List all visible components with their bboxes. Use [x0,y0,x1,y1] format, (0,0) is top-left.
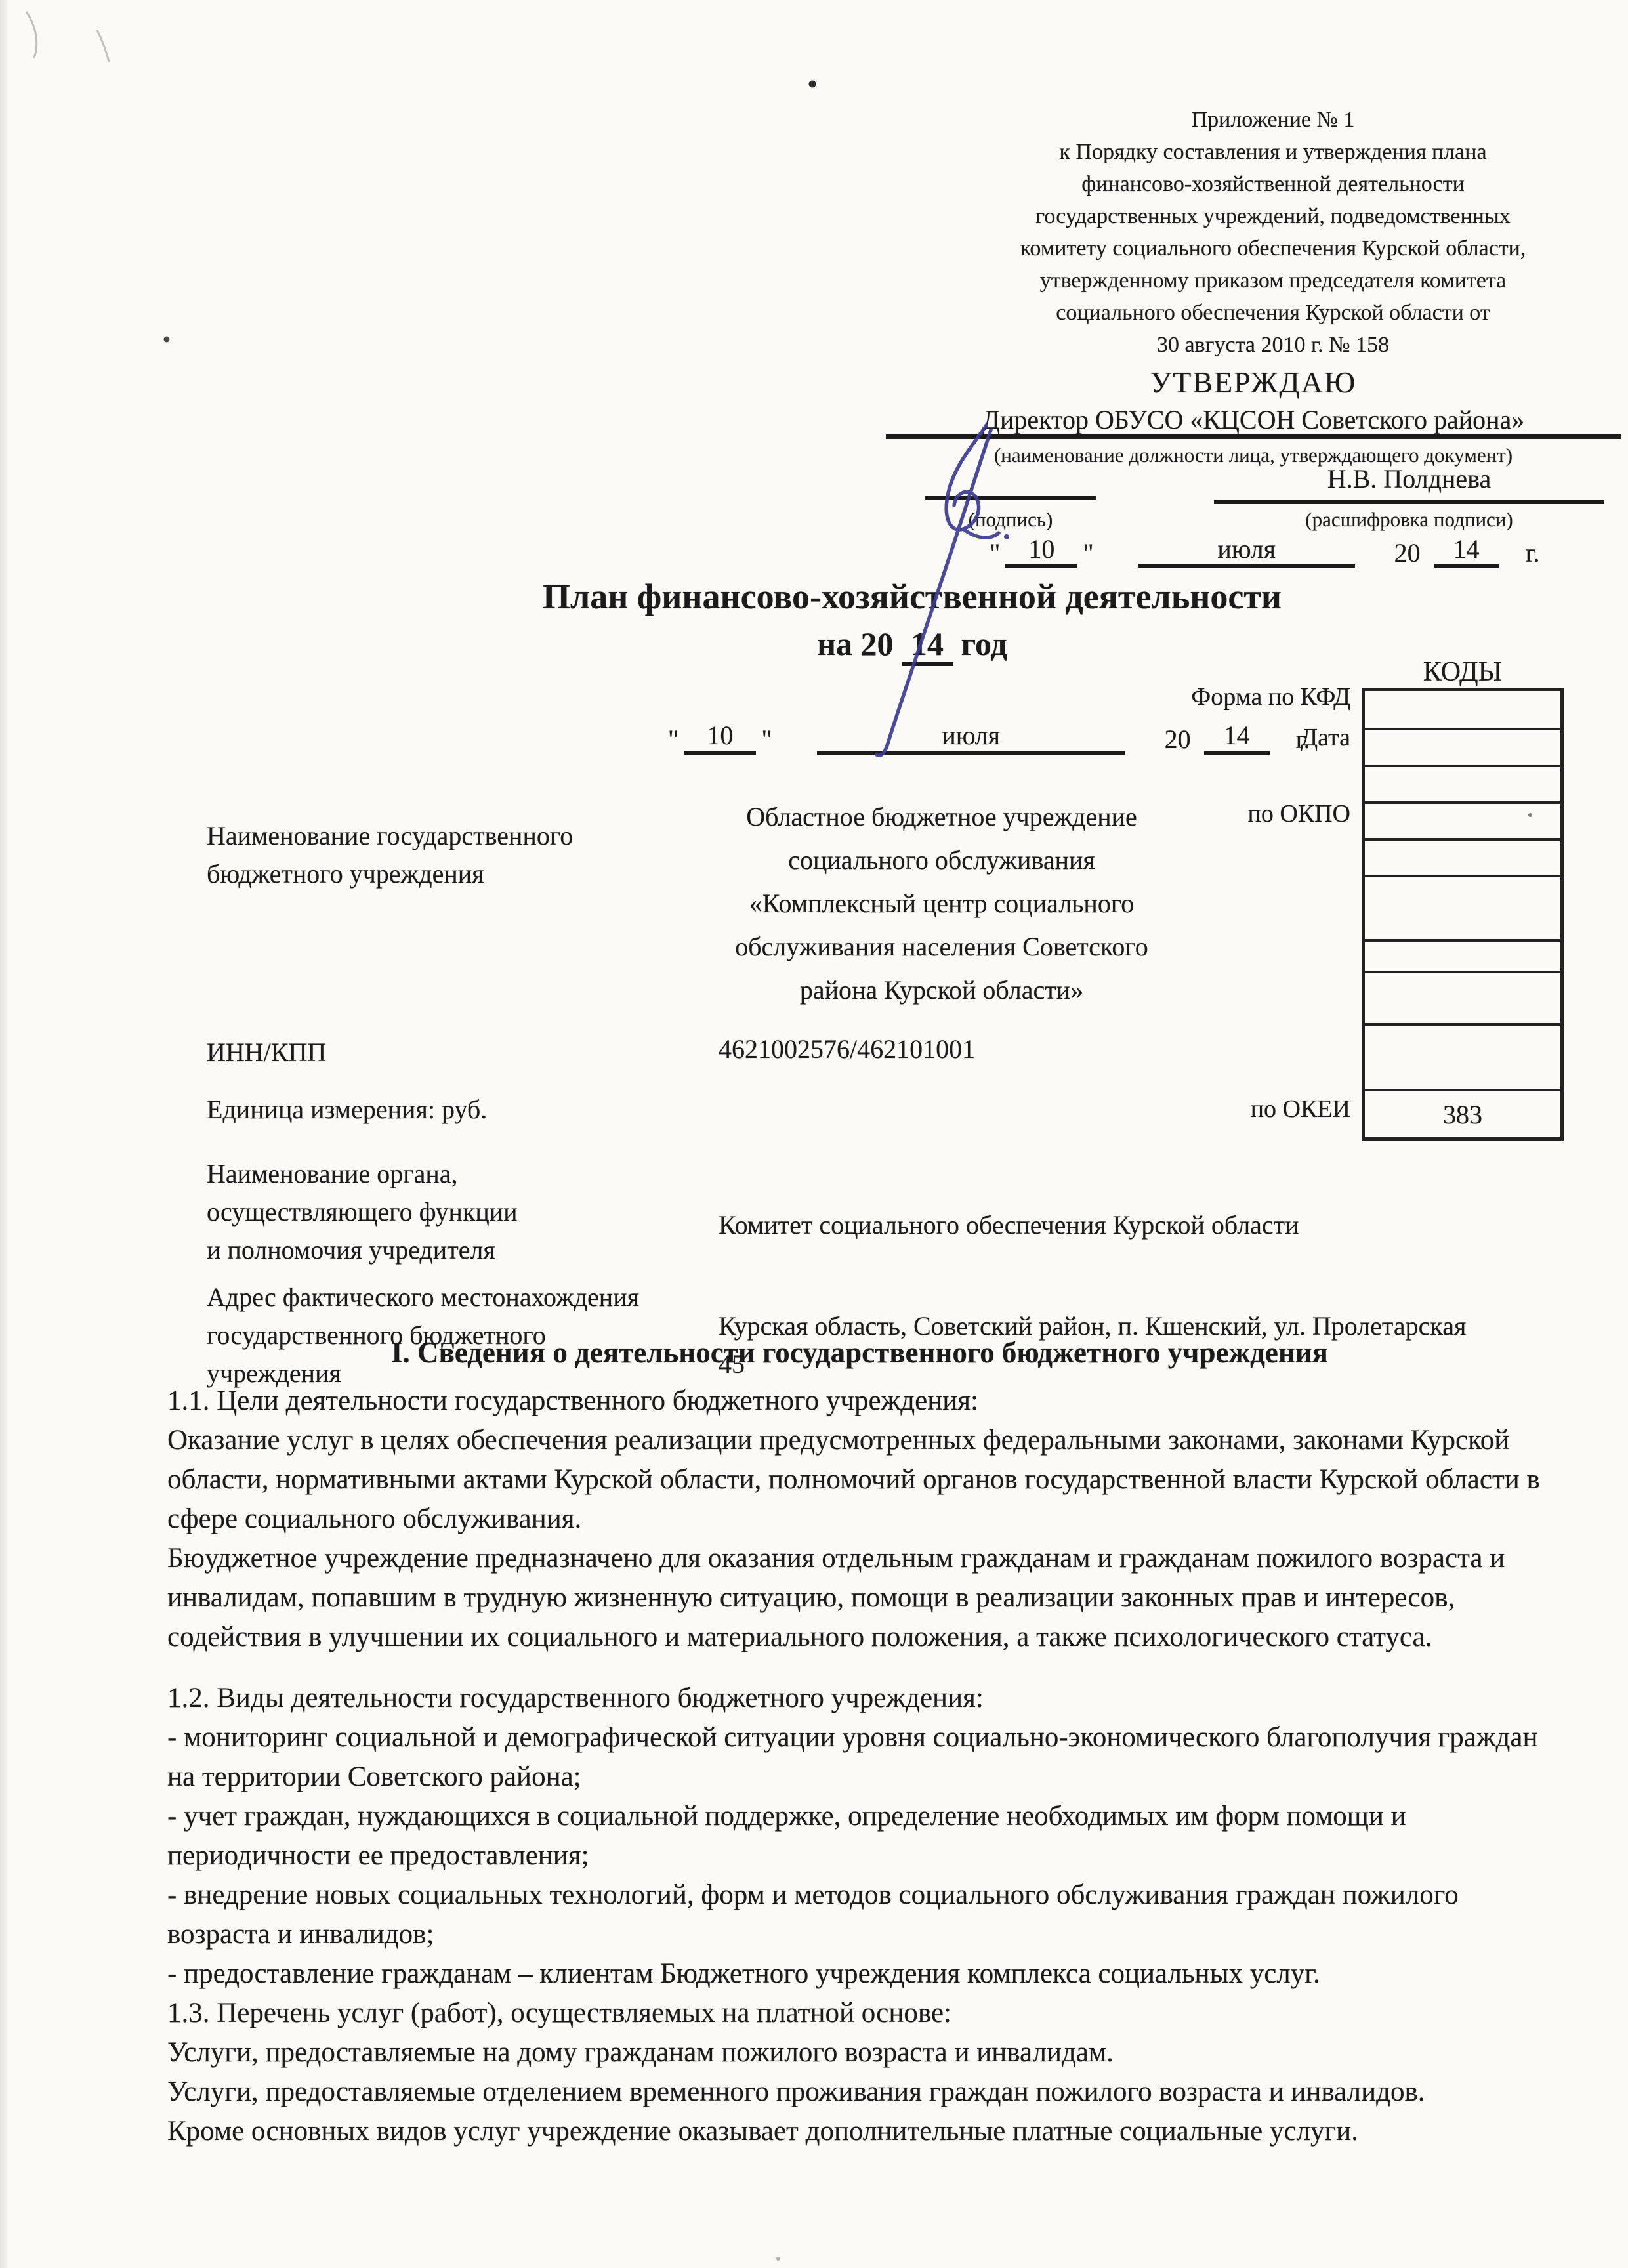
codes-cell-kfd [1365,691,1560,728]
paragraph: Бюуджетное учреждение предназначено для … [167,1539,1552,1657]
paragraph: - внедрение новых социальных технологий,… [167,1876,1552,1954]
position-underline [886,434,1621,439]
label-okei: по ОКЕИ [1251,1095,1350,1123]
subtitle-suffix: год [961,625,1007,662]
codes-table: 383 [1362,688,1564,1141]
codes-cell-okei: 383 [1365,1089,1560,1137]
institution-value: Областное бюджетное учреждение социально… [719,795,1165,1012]
appendix-note: Приложение № 1 к Порядку составления и у… [971,104,1575,361]
approval-date: " 10 " июля 20 14 г. [984,534,1540,568]
appendix-line: утвержденному приказом председателя коми… [971,264,1575,297]
appendix-line: 30 августа 2010 г. № 158 [971,329,1575,361]
codes-cell-empty [1365,971,1560,1023]
paragraph: Услуги, предоставляемые отделением време… [167,2072,1552,2112]
codes-cell-empty [1365,1023,1560,1089]
appendix-line: Приложение № 1 [971,104,1575,136]
appendix-line: к Порядку составления и утверждения план… [971,136,1575,168]
institution-label: Наименование государственного бюджетного… [207,817,719,893]
inn-kpp-label: ИНН/КПП [207,1034,326,1072]
codes-cell-okpo [1365,801,1560,838]
paragraph: 1.1. Цели деятельности государственного … [167,1381,1552,1421]
appendix-line: комитету социального обеспечения Курской… [971,232,1575,264]
paragraph: Кроме основных видов услуг учреждение ок… [167,2112,1552,2151]
form-date-year: 14 [1204,721,1270,755]
section1-heading: I. Сведения о деятельности государственн… [167,1335,1552,1370]
unit-label: Единица измерения: руб. [207,1091,487,1129]
appendix-line: государственных учреждений, подведомстве… [971,200,1575,232]
approver-position: Директор ОБУСО «КЦСОН Советского района» [886,404,1621,435]
paragraph: - учет граждан, нуждающихся в социальной… [167,1797,1552,1876]
paragraph: - предоставление гражданам – клиентам Бю… [167,1954,1552,1994]
approval-date-day: 10 [1005,534,1077,568]
codes-cell-empty [1365,939,1560,971]
label-date: Дата [1301,723,1350,752]
paragraph: 1.3. Перечень услуг (работ), осуществляе… [167,1994,1552,2033]
label-okpo: по ОКПО [1247,799,1350,828]
paragraph: Оказание услуг в целях обеспечения реали… [167,1421,1552,1539]
founder-value: Комитет социального обеспечения Курской … [719,1206,1585,1244]
document-title: План финансово-хозяйственной деятельност… [197,576,1627,617]
codes-cell-date [1365,728,1560,765]
inn-kpp-value: 4621002576/462101001 [719,1030,975,1068]
scanned-document-page: Приложение № 1 к Порядку составления и у… [0,0,1628,2268]
appendix-line: финансово-хозяйственной деятельности [971,168,1575,200]
form-date: " 10 " июля 20 14 г. [663,721,1310,755]
signature-line [925,496,1096,500]
paragraph: Услуги, предоставляемые на дому граждана… [167,2033,1552,2072]
appendix-line: социального обеспечения Курской области … [971,297,1575,329]
approval-date-year: 14 [1434,534,1499,568]
open-quote: " [984,537,1005,568]
codes-cell-empty [1365,765,1560,801]
form-date-day: 10 [684,721,756,755]
close-quote: " [756,724,777,755]
founder-label: Наименование органа, осуществляющего фун… [207,1155,614,1269]
close-quote: " [1077,537,1098,568]
codes-cell-empty [1365,875,1560,939]
approver-name: Н.В. Полднева [1214,463,1604,504]
name-caption: (расшифровка подписи) [1214,508,1604,532]
subtitle-prefix: на 20 [817,625,893,662]
approval-date-suffix: г. [1526,537,1540,568]
form-date-month: июля [817,721,1125,755]
codes-table-header: КОДЫ [1362,656,1564,688]
approval-date-century: 20 [1394,537,1421,568]
open-quote: " [663,724,684,755]
label-kfd: Форма по КФД [1191,682,1350,711]
codes-cell-empty [1365,838,1560,875]
section1-body: 1.1. Цели деятельности государственного … [167,1381,1552,2151]
form-date-century: 20 [1165,724,1191,755]
subtitle-year: 14 [902,625,953,666]
approval-title: УТВЕРЖДАЮ [886,365,1621,400]
paragraph: - мониторинг социальной и демографическо… [167,1718,1552,1797]
paragraph: 1.2. Виды деятельности государственного … [167,1679,1552,1718]
corner-pen-marks [26,12,109,62]
approval-block: УТВЕРЖДАЮ Директор ОБУСО «КЦСОН Советско… [886,365,1621,588]
approval-date-month: июля [1138,534,1355,568]
signature-caption: (подпись) [899,508,1122,532]
